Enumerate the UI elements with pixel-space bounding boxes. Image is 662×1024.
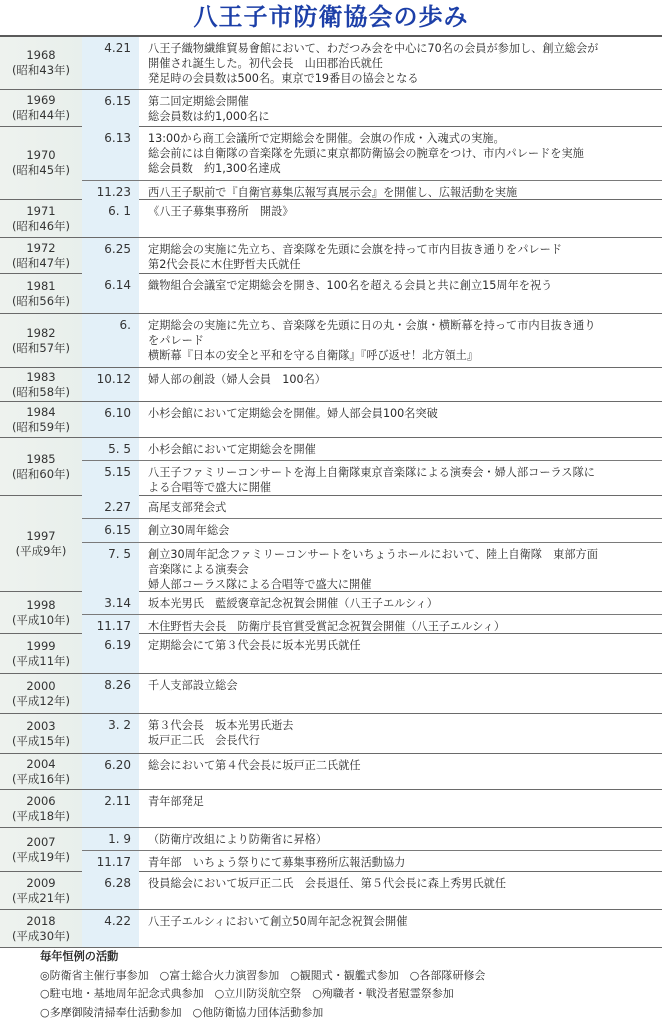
event-entry: 3. 2第３代会長 坂本光男氏逝去 坂戸正二氏 会長代行 [82,714,662,753]
timeline-row-2004: 2004(平成16年)6.20総会において第４代会長に坂戸正二氏就任 [0,754,662,790]
events-list: 6.10小杉会館において定期総会を開催。婦人部会員100名突破 [82,402,662,437]
event-entry: 1. 9（防衛庁改組により防衛省に昇格） [82,828,662,850]
event-entry: 6.28役員総会において坂戸正二氏 会長退任、第５代会長に森上秀男氏就任 [82,872,662,909]
events-list: 6.25定期総会の実施に先立ち、音楽隊を先頭に会旗を持って市内目抜き通りをパレー… [82,238,662,273]
year-label: 1970 [26,148,55,163]
era-label: (昭和59年) [12,420,70,435]
year-label: 2000 [26,679,55,694]
annual-activities-line-3: ○多摩御陵清掃奉仕活動参加 ○他防衛協力団体活動参加 [40,1004,640,1023]
event-description: 青年部 いちょう祭りにて募集事務所広報活動協力 [139,851,662,873]
event-description: 創立30周年記念ファミリーコンサートをいちょうホールにおいて、陸上自衛隊 東部方… [139,543,662,595]
era-label: (平成21年) [12,891,70,906]
event-date: 5. 5 [82,438,139,460]
events-list: 1. 9（防衛庁改組により防衛省に昇格）11.17青年部 いちょう祭りにて募集事… [82,828,662,871]
year-label: 1999 [26,639,55,654]
event-description: 高尾支部発会式 [139,496,662,518]
event-date: 5.15 [82,461,139,498]
year-cell: 1972(昭和47年) [0,238,82,273]
era-label: (昭和56年) [12,294,70,309]
event-date: 6.15 [82,519,139,542]
event-entry: 6.25定期総会の実施に先立ち、音楽隊を先頭に会旗を持って市内目抜き通りをパレー… [82,238,662,275]
annual-activities: 毎年恒例の活動 ◎防衛省主催行事参加 ○富士総合火力演習参加 ○観閲式・観艦式参… [40,948,640,1022]
events-list: 6.定期総会の実施に先立ち、音楽隊を先頭に日の丸・会旗・横断幕を持って市内目抜き… [82,314,662,367]
event-entry: 6.1313:00から商工会議所で定期総会を開催。会旗の作成・入魂式の実施。 総… [82,127,662,180]
event-date: 6.20 [82,754,139,789]
year-label: 1983 [26,370,55,385]
year-label: 1982 [26,326,55,341]
event-entry: 6.14織物組合会議室で定期総会を開き、100名を超える会員と共に創立15周年を… [82,274,662,313]
era-label: (昭和43年) [12,63,70,78]
events-list: 5. 5小杉会館において定期総会を開催5.15八王子ファミリーコンサートを海上自… [82,438,662,495]
event-entry: 6.定期総会の実施に先立ち、音楽隊を先頭に日の丸・会旗・横断幕を持って市内目抜き… [82,314,662,367]
year-label: 2006 [26,794,55,809]
year-cell: 1971(昭和46年) [0,200,82,237]
event-entry: 6. 1《八王子募集事務所 開設》 [82,200,662,237]
timeline-row-1997: 1997(平成9年)2.27高尾支部発会式6.15創立30周年総会7. 5創立3… [0,496,662,592]
event-date: 6.28 [82,872,139,909]
event-date: 3.14 [82,592,139,614]
year-cell: 2018(平成30年) [0,910,82,947]
event-entry: 6.15第二回定期総会開催 総会員数は約1,000名に [82,90,662,127]
event-description: 役員総会において坂戸正二氏 会長退任、第５代会長に森上秀男氏就任 [139,872,662,909]
timeline-row-1999: 1999(平成11年)6.19定期総会にて第３代会長に坂本光男氏就任 [0,634,662,674]
era-label: (平成12年) [12,694,70,709]
event-date: 6.10 [82,402,139,437]
era-label: (平成15年) [12,734,70,749]
era-label: (昭和60年) [12,467,70,482]
timeline-row-1981: 1981(昭和56年)6.14織物組合会議室で定期総会を開き、100名を超える会… [0,274,662,314]
events-list: 6.20総会において第４代会長に坂戸正二氏就任 [82,754,662,789]
era-label: (平成11年) [12,654,70,669]
year-label: 1969 [26,93,55,108]
year-cell: 2000(平成12年) [0,674,82,713]
event-entry: 6.20総会において第４代会長に坂戸正二氏就任 [82,754,662,789]
year-cell: 2003(平成15年) [0,714,82,753]
era-label: (昭和46年) [12,219,70,234]
event-description: 坂本光男氏 藍綬褒章記念祝賀会開催（八王子エルシィ） [139,592,662,614]
event-date: 6.13 [82,127,139,180]
year-label: 1971 [26,204,55,219]
event-date: 7. 5 [82,543,139,595]
event-entry: 5.15八王子ファミリーコンサートを海上自衛隊東京音楽隊による演奏会・婦人部コー… [82,460,662,498]
event-description: 創立30周年総会 [139,519,662,542]
year-label: 2009 [26,876,55,891]
event-entry: 8.26千人支部設立総会 [82,674,662,713]
era-label: (平成30年) [12,929,70,944]
event-description: 総会において第４代会長に坂戸正二氏就任 [139,754,662,789]
events-list: 6. 1《八王子募集事務所 開設》 [82,200,662,237]
annual-activities-line-2: ○駐屯地・基地周年記念式典参加 ○立川防災航空祭 ○殉職者・戦没者慰霊祭参加 [40,985,640,1004]
event-entry: 10.12婦人部の創設（婦人会員 100名） [82,368,662,401]
event-date: 6.19 [82,634,139,673]
year-label: 2007 [26,835,55,850]
year-label: 1985 [26,452,55,467]
event-entry: 7. 5創立30周年記念ファミリーコンサートをいちょうホールにおいて、陸上自衛隊… [82,542,662,595]
event-description: 八王子ファミリーコンサートを海上自衛隊東京音楽隊による演奏会・婦人部コーラス隊に… [139,461,662,498]
timeline-row-2007: 2007(平成19年)1. 9（防衛庁改組により防衛省に昇格）11.17青年部 … [0,828,662,872]
annual-activities-line-1: ◎防衛省主催行事参加 ○富士総合火力演習参加 ○観閲式・観艦式参加 ○各部隊研修… [40,967,640,986]
year-cell: 1985(昭和60年) [0,438,82,495]
timeline-row-1998: 1998(平成10年)3.14坂本光男氏 藍綬褒章記念祝賀会開催（八王子エルシィ… [0,592,662,634]
events-list: 4.22八王子エルシィにおいて創立50周年記念祝賀会開催 [82,910,662,947]
era-label: (昭和57年) [12,341,70,356]
era-label: (昭和45年) [12,163,70,178]
timeline-row-2006: 2006(平成18年)2.11青年部発足 [0,790,662,828]
timeline-row-1972: 1972(昭和47年)6.25定期総会の実施に先立ち、音楽隊を先頭に会旗を持って… [0,238,662,274]
era-label: (平成9年) [16,544,67,559]
year-label: 1968 [26,48,55,63]
event-description: 小杉会館において定期総会を開催 [139,438,662,460]
timeline-row-2003: 2003(平成15年)3. 2第３代会長 坂本光男氏逝去 坂戸正二氏 会長代行 [0,714,662,754]
event-description: 織物組合会議室で定期総会を開き、100名を超える会員と共に創立15周年を祝う [139,274,662,313]
event-description: 小杉会館において定期総会を開催。婦人部会員100名突破 [139,402,662,437]
timeline-row-1968: 1968(昭和43年)4.21八王子織物繊維貿易會館において、わだつみ会を中心に… [0,37,662,90]
event-description: 13:00から商工会議所で定期総会を開催。会旗の作成・入魂式の実施。 総会前には… [139,127,662,180]
events-list: 10.12婦人部の創設（婦人会員 100名） [82,368,662,401]
year-label: 2003 [26,719,55,734]
year-cell: 2004(平成16年) [0,754,82,789]
timeline-row-2018: 2018(平成30年)4.22八王子エルシィにおいて創立50周年記念祝賀会開催 [0,910,662,948]
event-description: 定期総会の実施に先立ち、音楽隊を先頭に日の丸・会旗・横断幕を持って市内目抜き通り… [139,314,662,367]
year-cell: 2006(平成18年) [0,790,82,827]
event-entry: 4.21八王子織物繊維貿易會館において、わだつみ会を中心に70名の会員が参加し、… [82,37,662,89]
event-description: 婦人部の創設（婦人会員 100名） [139,368,662,401]
year-label: 1998 [26,598,55,613]
era-label: (昭和44年) [12,108,70,123]
event-description: 青年部発足 [139,790,662,827]
event-description: （防衛庁改組により防衛省に昇格） [139,828,662,850]
event-description: 八王子エルシィにおいて創立50周年記念祝賀会開催 [139,910,662,947]
timeline-row-2009: 2009(平成21年)6.28役員総会において坂戸正二氏 会長退任、第５代会長に… [0,872,662,910]
year-cell: 1983(昭和58年) [0,368,82,401]
event-entry: 6.19定期総会にて第３代会長に坂本光男氏就任 [82,634,662,673]
event-date: 10.12 [82,368,139,401]
events-list: 6.14織物組合会議室で定期総会を開き、100名を超える会員と共に創立15周年を… [82,274,662,313]
era-label: (昭和47年) [12,256,70,271]
timeline-row-1970: 1970(昭和45年)6.1313:00から商工会議所で定期総会を開催。会旗の作… [0,127,662,200]
event-entry: 5. 5小杉会館において定期総会を開催 [82,438,662,460]
year-label: 1981 [26,279,55,294]
event-date: 6.25 [82,238,139,275]
year-label: 1972 [26,241,55,256]
event-date: 11.17 [82,851,139,873]
event-date: 6. [82,314,139,367]
timeline-row-1985: 1985(昭和60年)5. 5小杉会館において定期総会を開催5.15八王子ファミ… [0,438,662,496]
era-label: (昭和58年) [12,385,70,400]
events-list: 6.1313:00から商工会議所で定期総会を開催。会旗の作成・入魂式の実施。 総… [82,127,662,199]
event-description: 定期総会の実施に先立ち、音楽隊を先頭に会旗を持って市内目抜き通りをパレード 第2… [139,238,662,275]
year-cell: 1969(昭和44年) [0,90,82,126]
event-entry: 2.27高尾支部発会式 [82,496,662,518]
timeline-row-1983: 1983(昭和58年)10.12婦人部の創設（婦人会員 100名） [0,368,662,402]
year-label: 2004 [26,757,55,772]
event-description: 第二回定期総会開催 総会員数は約1,000名に [139,90,662,127]
timeline-row-1984: 1984(昭和59年)6.10小杉会館において定期総会を開催。婦人部会員100名… [0,402,662,438]
event-entry: 4.22八王子エルシィにおいて創立50周年記念祝賀会開催 [82,910,662,947]
event-date: 6.14 [82,274,139,313]
timeline-row-1971: 1971(昭和46年)6. 1《八王子募集事務所 開設》 [0,200,662,238]
event-description: 八王子織物繊維貿易會館において、わだつみ会を中心に70名の会員が参加し、創立総会… [139,37,662,89]
page-title: 八王子市防衛協会の歩み [0,0,662,34]
event-description: 定期総会にて第３代会長に坂本光男氏就任 [139,634,662,673]
event-date: 2.27 [82,496,139,518]
event-date: 4.21 [82,37,139,89]
timeline-row-1969: 1969(昭和44年)6.15第二回定期総会開催 総会員数は約1,000名に [0,90,662,127]
timeline-table: 1968(昭和43年)4.21八王子織物繊維貿易會館において、わだつみ会を中心に… [0,35,662,948]
year-cell: 1982(昭和57年) [0,314,82,367]
year-label: 1984 [26,405,55,420]
timeline-row-2000: 2000(平成12年)8.26千人支部設立総会 [0,674,662,714]
annual-activities-title: 毎年恒例の活動 [40,948,640,967]
events-list: 6.19定期総会にて第３代会長に坂本光男氏就任 [82,634,662,673]
events-list: 3.14坂本光男氏 藍綬褒章記念祝賀会開催（八王子エルシィ）11.17木住野哲夫… [82,592,662,633]
event-entry: 6.15創立30周年総会 [82,518,662,542]
events-list: 4.21八王子織物繊維貿易會館において、わだつみ会を中心に70名の会員が参加し、… [82,37,662,89]
event-date: 8.26 [82,674,139,713]
event-date: 1. 9 [82,828,139,850]
event-description: 第３代会長 坂本光男氏逝去 坂戸正二氏 会長代行 [139,714,662,753]
era-label: (平成10年) [12,613,70,628]
event-entry: 2.11青年部発足 [82,790,662,827]
event-date: 4.22 [82,910,139,947]
events-list: 6.28役員総会において坂戸正二氏 会長退任、第５代会長に森上秀男氏就任 [82,872,662,909]
year-label: 1997 [26,529,55,544]
year-cell: 1981(昭和56年) [0,274,82,313]
timeline-row-1982: 1982(昭和57年)6.定期総会の実施に先立ち、音楽隊を先頭に日の丸・会旗・横… [0,314,662,368]
event-entry: 3.14坂本光男氏 藍綬褒章記念祝賀会開催（八王子エルシィ） [82,592,662,614]
era-label: (平成18年) [12,809,70,824]
year-label: 2018 [26,914,55,929]
year-cell: 1968(昭和43年) [0,37,82,89]
era-label: (平成16年) [12,772,70,787]
year-cell: 1970(昭和45年) [0,127,82,199]
events-list: 6.15第二回定期総会開催 総会員数は約1,000名に [82,90,662,126]
year-cell: 1999(平成11年) [0,634,82,673]
events-list: 2.27高尾支部発会式6.15創立30周年総会7. 5創立30周年記念ファミリー… [82,496,662,591]
events-list: 2.11青年部発足 [82,790,662,827]
event-entry: 6.10小杉会館において定期総会を開催。婦人部会員100名突破 [82,402,662,437]
year-cell: 1998(平成10年) [0,592,82,633]
event-date: 6. 1 [82,200,139,237]
event-description: 《八王子募集事務所 開設》 [139,200,662,237]
year-cell: 1997(平成9年) [0,496,82,591]
event-date: 2.11 [82,790,139,827]
event-date: 6.15 [82,90,139,127]
event-entry: 11.17青年部 いちょう祭りにて募集事務所広報活動協力 [82,850,662,873]
year-cell: 2007(平成19年) [0,828,82,871]
events-list: 3. 2第３代会長 坂本光男氏逝去 坂戸正二氏 会長代行 [82,714,662,753]
year-cell: 2009(平成21年) [0,872,82,909]
event-description: 千人支部設立総会 [139,674,662,713]
era-label: (平成19年) [12,850,70,865]
year-cell: 1984(昭和59年) [0,402,82,437]
events-list: 8.26千人支部設立総会 [82,674,662,713]
event-date: 3. 2 [82,714,139,753]
